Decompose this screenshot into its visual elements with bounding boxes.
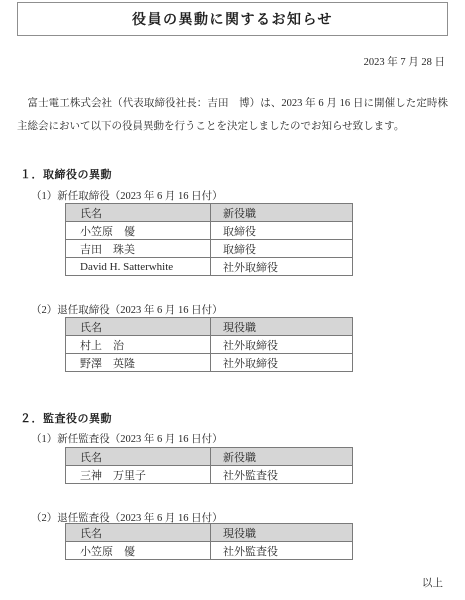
table-row: 吉田 珠美 取締役	[66, 240, 353, 258]
position-cell: 取締役	[211, 240, 353, 258]
retiring-directors-table: 氏名 現役職 村上 治 社外取締役 野澤 英隆 社外取締役	[65, 317, 353, 372]
name-header-cell: 氏名	[66, 318, 211, 336]
table-header-row: 氏名 新役職	[66, 448, 353, 466]
document-title: 役員の異動に関するお知らせ	[132, 9, 333, 29]
name-cell: 小笠原 優	[66, 542, 211, 560]
name-header-cell: 氏名	[66, 448, 211, 466]
name-cell: 村上 治	[66, 336, 211, 354]
name-cell: David H. Satterwhite	[66, 258, 211, 276]
retiring-auditors-table: 氏名 現役職 小笠原 優 社外監査役	[65, 523, 353, 560]
table-row: 小笠原 優 取締役	[66, 222, 353, 240]
table-row: 小笠原 優 社外監査役	[66, 542, 353, 560]
table-header-row: 氏名 新役職	[66, 204, 353, 222]
position-header-cell: 新役職	[211, 204, 353, 222]
table-header-row: 氏名 現役職	[66, 524, 353, 542]
retiring-directors-label: （2）退任取締役（2023 年 6 月 16 日付）	[31, 302, 223, 317]
position-header-cell: 現役職	[211, 524, 353, 542]
position-cell: 社外取締役	[211, 354, 353, 372]
new-directors-table: 氏名 新役職 小笠原 優 取締役 吉田 珠美 取締役 David H. Satt…	[65, 203, 353, 276]
table-row: 野澤 英隆 社外取締役	[66, 354, 353, 372]
position-header-cell: 新役職	[211, 448, 353, 466]
name-header-cell: 氏名	[66, 524, 211, 542]
position-cell: 社外監査役	[211, 542, 353, 560]
intro-paragraph: 富士電工株式会社（代表取締役社長：吉田 博）は、2023 年 6 月 16 日に…	[17, 92, 448, 138]
name-cell: 吉田 珠美	[66, 240, 211, 258]
new-auditors-table: 氏名 新役職 三神 万里子 社外監査役	[65, 447, 353, 484]
name-cell: 小笠原 優	[66, 222, 211, 240]
position-cell: 社外監査役	[211, 466, 353, 484]
name-cell: 三神 万里子	[66, 466, 211, 484]
new-directors-label: （1）新任取締役（2023 年 6 月 16 日付）	[31, 188, 223, 203]
document-date: 2023 年 7 月 28 日	[364, 54, 445, 69]
section-auditors-heading: ２．監査役の異動	[20, 410, 112, 426]
position-cell: 社外取締役	[211, 336, 353, 354]
name-cell: 野澤 英隆	[66, 354, 211, 372]
table-header-row: 氏名 現役職	[66, 318, 353, 336]
table-row: 三神 万里子 社外監査役	[66, 466, 353, 484]
new-auditors-label: （1）新任監査役（2023 年 6 月 16 日付）	[31, 431, 223, 446]
position-header-cell: 現役職	[211, 318, 353, 336]
position-cell: 取締役	[211, 222, 353, 240]
document-title-box: 役員の異動に関するお知らせ	[17, 2, 448, 36]
table-row: 村上 治 社外取締役	[66, 336, 353, 354]
position-cell: 社外取締役	[211, 258, 353, 276]
closing-text: 以上	[422, 575, 443, 590]
section-directors-heading: １．取締役の異動	[20, 166, 112, 182]
table-row: David H. Satterwhite 社外取締役	[66, 258, 353, 276]
name-header-cell: 氏名	[66, 204, 211, 222]
document-page: 役員の異動に関するお知らせ 2023 年 7 月 28 日 富士電工株式会社（代…	[0, 0, 465, 600]
